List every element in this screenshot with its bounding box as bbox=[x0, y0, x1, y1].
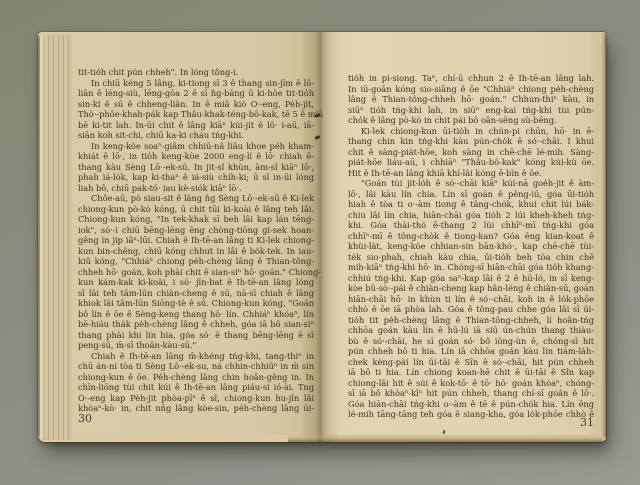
text-line: iā bô ti hia. Lín chiong koan-hē chit ê … bbox=[348, 367, 594, 378]
text-line: khiok lâi tâm-lūn Siōng-tè ê sū. Chiong-… bbox=[78, 298, 314, 309]
text-line: hiah ê tòa ti o·-àm tiong ê tâng-cho̍k, … bbox=[348, 199, 594, 210]
text-line: Góa hiān-chāi tńg-khi o·-àm ê tē ê pún-c… bbox=[348, 399, 594, 410]
text-line: Chiong-kun kóng, "In tek-khak sī beh lâi… bbox=[78, 214, 314, 225]
text-line: chū án-ni tòa ti Sèng Lō·-ek-su, ná chhi… bbox=[78, 361, 314, 372]
text-line: chhīⁿ-mī ê tông-cho̍k ê tiong-kan? Góa ē… bbox=[348, 231, 594, 242]
text-line: In keng-kòe soaⁿ-giâm chhiū-nâ liâu khoe… bbox=[78, 141, 314, 152]
right-page-text: tio̍h in pi-siong. Taⁿ, chí-ū chhun 2 ê … bbox=[348, 73, 594, 420]
text-line: Chôe-aū, pò siau-sit ê lâng n̂g Sèng Lō·… bbox=[78, 193, 314, 204]
text-line: lō·, lâi kàu lín chia. Lín sī goán ê pên… bbox=[348, 189, 594, 200]
page-edges-left bbox=[38, 35, 72, 440]
text-line: sin-ki ê sū ê chheng-liân. In ê miâ kiò … bbox=[78, 99, 314, 110]
text-line: khòaⁿ-kò· in, chit nn̄g lâng kòe-sin, pe… bbox=[78, 403, 314, 414]
page-edges-bottom bbox=[288, 435, 603, 442]
page-edges-right bbox=[599, 33, 606, 439]
text-line: chek kèng-pài lín ūi-tāi ê Sîn ê só·-chā… bbox=[348, 357, 594, 368]
text-line: pún chheh bô ti hia. Lín iā chhōa goán k… bbox=[348, 346, 594, 357]
text-line: tit-tio̍h chit pún chheh". In lóng tông-… bbox=[78, 67, 314, 78]
text-line: "Goán tùi jit-lo̍h ê só·-chāi kiāⁿ kúi-n… bbox=[348, 178, 594, 189]
text-line: In chiū kéng 5 lâng, ki-tiong sī 3 ê tha… bbox=[78, 78, 314, 89]
page-number-left: 30 bbox=[78, 413, 92, 425]
text-line: cho̍k ê lâng pò-kò in chit pái bô oân-sê… bbox=[348, 115, 594, 126]
text-line: sī lâi teh tâm-lūn chiàn-cheng ê sū, nā-… bbox=[78, 288, 314, 299]
text-line: In iū-goān kóng sio-siāng ê ōe "Chhiáⁿ c… bbox=[348, 84, 594, 95]
text-line: chhiú tńg-khi. Kap góa saⁿ-kap lâi ê 2 ê… bbox=[348, 273, 594, 284]
text-line: chhōa goán kàu lín ê hū-lú iā siū ún-chú… bbox=[348, 325, 594, 336]
text-line: Hit ê Ih-tē-an lâng khiā khí-lâi kóng ē-… bbox=[348, 168, 594, 179]
text-line: siūⁿ tio̍h tńg-khi lah, in siūⁿ eng-kai … bbox=[348, 105, 594, 116]
text-line: chiong-kun pò-kò kóng, ū chit tūi ki-koà… bbox=[78, 204, 314, 215]
text-line: bē-hiáu tha̍k pe̍h-chèng lâng ê chheh, g… bbox=[78, 319, 314, 330]
text-line: chit ê sàng-pia̍t-hōe, koh sàng in chē-c… bbox=[348, 147, 594, 158]
text-line: O·-eng kap Pe̍h-jit phòa-pīⁿ ê sî, chion… bbox=[78, 393, 314, 404]
text-line: peng-sū, m̄-sī thoân-kàu-sū." bbox=[78, 340, 314, 351]
text-line: lâng ê Thian-tông-chheh hō· goán." Chhun… bbox=[348, 94, 594, 105]
text-line: tio̍h tit pe̍h-chèng lâng ê Thian-tông-c… bbox=[348, 315, 594, 326]
text-line: kun kám-kak ki-koài, i só· jīn-bat ê Ih-… bbox=[78, 277, 314, 288]
text-line: liân ê léng-siù, lēng-gōa 2 ê sī n̂g-bān… bbox=[78, 88, 314, 99]
text-line: chiong-lâi hit ê súi ê kok-tō· ê tō· hō·… bbox=[348, 378, 594, 389]
page-number-right: 31 bbox=[348, 417, 594, 429]
text-line: iok", só·-i chiū bēng-lēng ēng chòng-tiō… bbox=[78, 225, 314, 236]
text-line: bù ê só·-chāi, he sī goán só· bô iōng-ùn… bbox=[348, 336, 594, 347]
text-line: thang chin kin tńg-khi kàu pún-cho̍k ê s… bbox=[348, 136, 594, 147]
text-line: thang phài khi lín hia, góa só· ē thang … bbox=[78, 330, 314, 341]
text-line: phah iá-lo̍k, kap ki-thaⁿ ê iá-siù chi̍h… bbox=[78, 172, 314, 183]
text-line: chiu lâi lín chia, hiān-chāi góa tio̍h 2… bbox=[348, 210, 594, 221]
text-line: khiát ê lō·, in tio̍h keng-kòe 2000 eng-… bbox=[78, 151, 314, 162]
text-line: chīn-liōng tùi chit kúi ê Ih-tē-an lâng … bbox=[78, 382, 314, 393]
text-line: kun bin-chêng, chiū kóng chhut in lâi ê … bbox=[78, 246, 314, 257]
text-line: chiong-kun ê ōe. Pe̍h-chèng lâng chin ho… bbox=[78, 372, 314, 383]
text-line: bô lín ê ōe ê Sèng-keng thang hō· lín. C… bbox=[78, 309, 314, 320]
text-line: kòe bû-sò·-pái ê chiàn-cheng kap hân-lén… bbox=[348, 283, 594, 294]
photo-background: tit-tio̍h chit pún chheh". In lóng tông-… bbox=[0, 0, 640, 485]
text-line: hiān-chāi hō· in khùn ti lín ê só·-chāi,… bbox=[348, 294, 594, 305]
text-line: kiû kóng, "Chhiáⁿ chiong pe̍h-chèng lâng… bbox=[78, 256, 314, 267]
text-line: liah bô, chiū pak-tó· iau kè-sio̍k kiāⁿ … bbox=[78, 183, 314, 194]
text-line: chheh hō· goán, koh phài chit ê sian-siⁿ… bbox=[78, 267, 314, 278]
text-line: Chiah ê Ih-tē-an lâng m̄-khéng tńg-khi, … bbox=[78, 351, 314, 362]
text-line: khi. Góa thài-thó ē-thang 2 lúi chhīⁿ-mī… bbox=[348, 220, 594, 231]
text-line: Ki-lek chiong-kun ūi-tio̍h in chún-pi ch… bbox=[348, 126, 594, 137]
text-line: gêng in jip iâⁿ-lūi. Chiah ê Ih-tē-an lâ… bbox=[78, 235, 314, 246]
left-page-text: tit-tio̍h chit pún chheh". In lóng tông-… bbox=[78, 67, 314, 414]
text-line: thang kàu Sèng Lō·-ek-sū. In jit-sî khùn… bbox=[78, 162, 314, 173]
text-line: pia̍t-hōe liáu-aū, i chhiāⁿ "Thâu-bô-kak… bbox=[348, 157, 594, 168]
text-line: sī iā bô khòaⁿ-kīⁿ hit pún chheh, thang … bbox=[348, 388, 594, 399]
text-line: chhò ê ōe iā phòa lah. Góa ê tông-pau ch… bbox=[348, 304, 594, 315]
text-line: te̍k sio-phah, chiah kàu chia, ūi-tio̍h … bbox=[348, 252, 594, 263]
text-line: mih-kiāⁿ tńg-khi hō· in. Chóng-sī hiān-c… bbox=[348, 262, 594, 273]
text-line: bē ki-tit lah. In-ūi chit ê lâng kiāⁿ kú… bbox=[78, 120, 314, 131]
text-line: siān koh sit-chi, chiū ka-ki cháu tńg-kh… bbox=[78, 130, 314, 141]
text-line: Thò·-phôe-khah-pák kap Thâu-khak-téng-bô… bbox=[78, 109, 314, 120]
open-book: tit-tio̍h chit pún chheh". In lóng tông-… bbox=[38, 32, 606, 442]
text-line: tio̍h in pi-siong. Taⁿ, chí-ū chhun 2 ê … bbox=[348, 73, 594, 84]
text-line: khùi-la̍t, keng-kòe chhian-sin bān-khó·,… bbox=[348, 241, 594, 252]
